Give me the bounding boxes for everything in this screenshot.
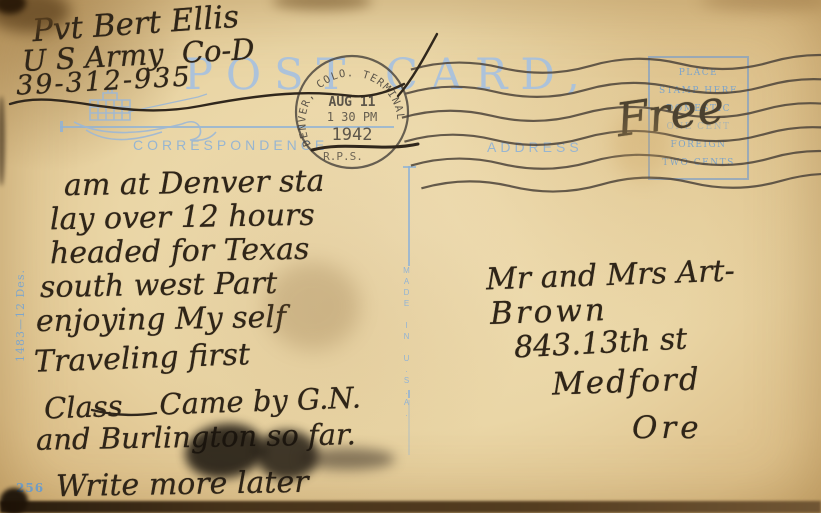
postmark-year: 1942	[332, 125, 373, 145]
address-line: Ore	[632, 410, 703, 446]
message-line: and Burlington so far.	[36, 417, 356, 457]
message-line: Write more later	[56, 465, 309, 504]
postmark-rps: R.P.S.	[323, 150, 363, 163]
postmark-time: 1 30 PM	[327, 110, 378, 124]
postmark-date: AUG 11	[329, 95, 376, 110]
cancellation-lines	[401, 54, 821, 195]
postcard-scan: CORRESPONDENCE ADDRESS POST CARD, MADE I…	[0, 0, 821, 513]
address-line: Medford	[551, 361, 701, 402]
bottom-edge-shadow	[0, 501, 821, 513]
message-line: south west Part	[40, 266, 278, 305]
message-line: enjoying My self	[36, 300, 287, 339]
